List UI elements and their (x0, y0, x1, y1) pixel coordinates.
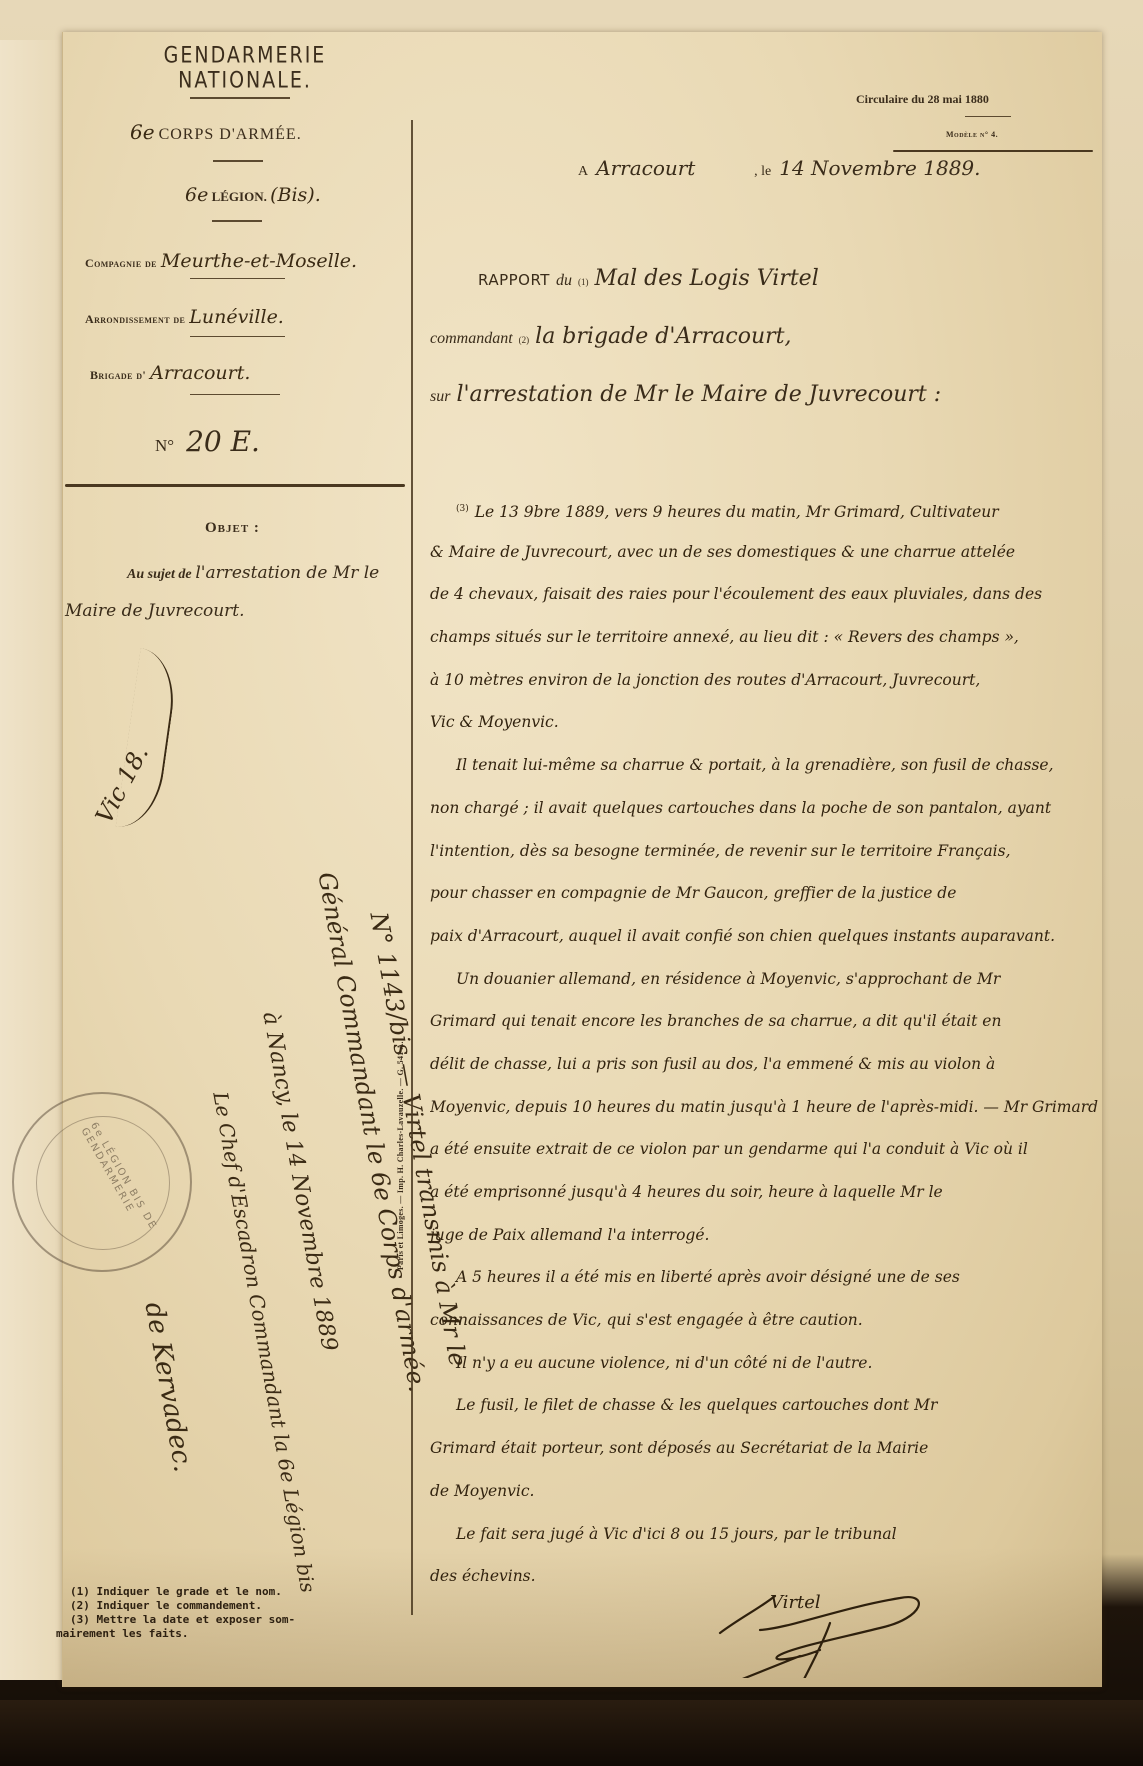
legion-suffix: (Bis). (270, 184, 321, 206)
body-line: juge de Paix allemand l'a interrogé. (430, 1214, 1105, 1257)
rapport-label: RAPPORT (478, 271, 550, 289)
divider (190, 394, 280, 395)
objet-title: Objet : (205, 520, 260, 537)
arrondissement-label: Arrondissement de (85, 312, 185, 327)
report-body: (3)Le 13 9bre 1889, vers 9 heures du mat… (430, 488, 1105, 1598)
divider (190, 336, 285, 337)
footnote-ref-3: (3) (456, 504, 469, 514)
signature-flourish-icon: Virtel (700, 1578, 960, 1678)
body-line: l'intention, dès sa besogne terminée, de… (430, 830, 1105, 873)
rapport-command-line: commandant (2) la brigade d'Arracourt, (430, 324, 792, 349)
footnote-2: (2) Indiquer le commandement. (56, 1599, 295, 1613)
compagnie-value: Meurthe-et-Moselle. (161, 250, 357, 272)
rapport-du: du (556, 272, 572, 290)
body-line: de 4 chevaux, faisait des raies pour l'é… (430, 573, 1105, 616)
body-line: connaissances de Vic, qui s'est engagée … (430, 1299, 1105, 1342)
objet-label: Au sujet de (65, 567, 192, 582)
legion-number: 6e (185, 184, 208, 206)
divider (213, 160, 263, 162)
body-line: Un douanier allemand, en résidence à Moy… (430, 958, 1105, 1001)
rapport-subject: l'arrestation de Mr le Maire de Juvrecou… (456, 382, 941, 407)
divider (965, 116, 1011, 117)
brace-divider (893, 150, 1093, 152)
body-line: délit de chasse, lui a pris son fusil au… (430, 1043, 1105, 1086)
body-line: Grimard était porteur, sont déposés au S… (430, 1427, 1105, 1470)
body-line: à 10 mètres environ de la jonction des r… (430, 659, 1105, 702)
place-date-line: A Arracourt , le 14 Novembre 1889. (578, 156, 981, 180)
body-line: Il tenait lui-même sa charrue & portait,… (430, 744, 1105, 787)
date-value: 14 Novembre 1889. (779, 156, 980, 180)
footnote-ref-1: (1) (578, 277, 589, 287)
divider (190, 278, 285, 279)
body-line: champs situés sur le territoire annexé, … (430, 616, 1105, 659)
objet-text: Au sujet de l'arrestation de Mr le Maire… (65, 555, 395, 630)
brace-divider (65, 484, 405, 487)
body-line: Vic & Moyenvic. (430, 701, 1105, 744)
body-line: non chargé ; il avait quelques cartouche… (430, 787, 1105, 830)
footnote-3: (3) Mettre la date et exposer som- (56, 1613, 295, 1627)
body-line: Il n'y a eu aucune violence, ni d'un côt… (430, 1342, 1105, 1385)
body-line: Moyenvic, depuis 10 heures du matin jusq… (430, 1086, 1105, 1129)
letterhead: GENDARMERIE NATIONALE. (95, 43, 395, 94)
gendarmerie-stamp: 6e LÉGION BIS DE GENDARMERIE (12, 1092, 192, 1272)
footnotes: (1) Indiquer le grade et le nom. (2) Ind… (56, 1585, 295, 1641)
rapport-author: Mal des Logis Virtel (594, 266, 818, 291)
rapport-command: la brigade d'Arracourt, (535, 324, 791, 349)
sur-label: sur (430, 388, 450, 406)
body-line: Le fusil, le filet de chasse & les quelq… (430, 1384, 1105, 1427)
footnote-1: (1) Indiquer le grade et le nom. (56, 1585, 295, 1599)
date-le: , le (754, 164, 771, 180)
body-line: & Maire de Juvrecourt, avec un de ses do… (430, 531, 1105, 574)
numero-label: N° (155, 436, 174, 456)
arrondissement-field: Arrondissement de Lunéville. (85, 306, 284, 328)
modele-number: Modèle n° 4. (946, 130, 998, 139)
rapport-subject-line: sur l'arrestation de Mr le Maire de Juvr… (430, 382, 941, 407)
brigade-label: Brigade d' (90, 368, 146, 383)
divider (212, 220, 262, 222)
signature: Virtel (700, 1578, 960, 1678)
place-prefix: A (578, 164, 588, 180)
stamp-text: 6e LÉGION BIS DE GENDARMERIE (78, 1121, 165, 1250)
brigade-value: Arracourt. (150, 362, 250, 384)
legion-label: LÉGION. (212, 189, 267, 204)
printer-imprint: Paris et Limoges. — Imp. H. Charles-Lava… (396, 1041, 405, 1270)
column-divider (411, 120, 413, 1615)
corps-label: CORPS D'ARMÉE. (159, 126, 302, 143)
divider (190, 97, 290, 99)
body-line: a été emprisonné jusqu'à 4 heures du soi… (430, 1171, 1105, 1214)
body-line: Grimard qui tenait encore les branches d… (430, 1000, 1105, 1043)
numero-value: 20 E. (186, 425, 260, 458)
numero-field: N° 20 E. (155, 425, 260, 458)
body-line: paix d'Arracourt, auquel il avait confié… (430, 915, 1105, 958)
corps-line: 6e CORPS D'ARMÉE. (130, 120, 302, 144)
rapport-author-line: RAPPORT du (1) Mal des Logis Virtel (478, 266, 819, 291)
circulaire-reference: Circulaire du 28 mai 1880 (856, 92, 989, 107)
compagnie-field: Compagnie de Meurthe-et-Moselle. (85, 250, 357, 272)
arrondissement-value: Lunéville. (189, 306, 284, 328)
commandant-label: commandant (430, 330, 513, 348)
svg-text:Virtel: Virtel (770, 1592, 821, 1613)
body-line: (3)Le 13 9bre 1889, vers 9 heures du mat… (430, 488, 1105, 531)
body-line: A 5 heures il a été mis en liberté après… (430, 1256, 1105, 1299)
place-value: Arracourt (596, 156, 746, 180)
body-line: de Moyenvic. (430, 1470, 1105, 1513)
footnote-3-cont: mairement les faits. (56, 1627, 295, 1641)
body-line: pour chasser en compagnie de Mr Gaucon, … (430, 872, 1105, 915)
desk-surface (0, 1700, 1143, 1766)
brigade-field: Brigade d' Arracourt. (90, 362, 250, 384)
body-line: a été ensuite extrait de ce violon par u… (430, 1128, 1105, 1171)
footnote-ref-2: (2) (519, 335, 530, 345)
compagnie-label: Compagnie de (85, 256, 157, 271)
legion-line: 6e LÉGION. (Bis). (185, 184, 321, 206)
body-line: Le fait sera jugé à Vic d'ici 8 ou 15 jo… (430, 1513, 1105, 1556)
corps-number: 6e (130, 120, 155, 144)
